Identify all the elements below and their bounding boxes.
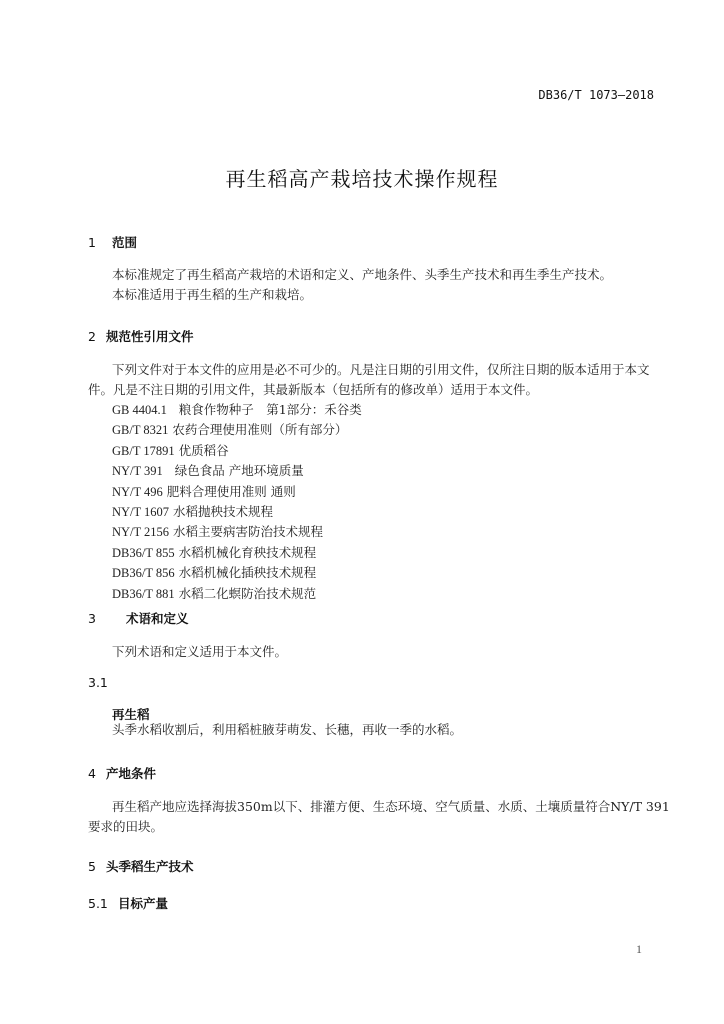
reference-title: 肥料合理使用准则 通则 [167, 484, 296, 499]
section-2-intro: 下列文件对于本文件的应用是必不可少的。凡是注日期的引用文件，仅所注日期的版本适用… [88, 360, 660, 399]
reference-item: NY/T 1607 水稻抛秧技术规程 [112, 502, 362, 522]
paragraph: 下列术语和定义适用于本文件。 [88, 642, 660, 662]
reference-item: NY/T 496 肥料合理使用准则 通则 [112, 482, 362, 502]
reference-title: 粮食作物种子 第1部分：禾谷类 [179, 402, 362, 417]
reference-item: DB36/T 855 水稻机械化育秧技术规程 [112, 543, 362, 563]
document-page: DB36/T 1073—2018 再生稻高产栽培技术操作规程 1范围 本标准规定… [0, 0, 724, 1024]
reference-item: NY/T 391 绿色食品 产地环境质量 [112, 461, 362, 481]
section-1-body: 本标准规定了再生稻高产栽培的术语和定义、产地条件、头季生产技术和再生季生产技术。… [88, 265, 660, 304]
section-title: 头季稻生产技术 [106, 859, 194, 874]
section-4-body: 再生稻产地应选择海拔350m以下、排灌方便、生态环境、空气质量、水质、土壤质量符… [88, 797, 660, 836]
reference-code: NY/T 2156 [112, 525, 169, 539]
section-2-heading: 2规范性引用文件 [88, 327, 194, 345]
paragraph-line: 要求的田块。 [88, 817, 660, 837]
reference-item: DB36/T 881 水稻二化螟防治技术规范 [112, 584, 362, 604]
section-5-heading: 5头季稻生产技术 [88, 857, 194, 875]
reference-code: NY/T 1607 [112, 505, 169, 519]
reference-title: 水稻主要病害防治技术规程 [173, 524, 323, 539]
reference-list: GB 4404.1 粮食作物种子 第1部分：禾谷类 GB/T 8321 农药合理… [112, 400, 362, 604]
term-definition: 头季水稻收割后，利用稻桩腋芽萌发、长穗，再收一季的水稻。 [88, 720, 660, 740]
paragraph-line: 再生稻产地应选择海拔350m以下、排灌方便、生态环境、空气质量、水质、土壤质量符… [88, 797, 660, 817]
reference-item: DB36/T 856 水稻机械化插秧技术规程 [112, 563, 362, 583]
standard-code: DB36/T 1073—2018 [538, 88, 654, 102]
section-title: 术语和定义 [126, 611, 189, 626]
section-number: 1 [88, 235, 112, 250]
reference-code: DB36/T 881 [112, 587, 175, 601]
section-number: 2 [88, 329, 106, 344]
reference-code: DB36/T 856 [112, 566, 175, 580]
reference-code: GB/T 17891 [112, 444, 175, 458]
reference-title: 水稻机械化育秧技术规程 [179, 545, 317, 560]
section-title: 规范性引用文件 [106, 329, 194, 344]
section-title: 产地条件 [106, 766, 156, 781]
reference-title: 优质稻谷 [179, 443, 229, 458]
term-number: 3.1 [88, 675, 108, 690]
subsection-number: 5.1 [88, 896, 118, 911]
reference-code: NY/T 496 [112, 485, 163, 499]
paragraph-line: 件。凡是不注日期的引用文件，其最新版本（包括所有的修改单）适用于本文件。 [88, 380, 660, 400]
reference-code: GB 4404.1 [112, 403, 167, 417]
section-title: 范围 [112, 235, 137, 250]
reference-title: 水稻抛秧技术规程 [173, 504, 273, 519]
reference-title: 农药合理使用准则（所有部分） [172, 422, 347, 437]
section-number: 4 [88, 766, 106, 781]
subsection-title: 目标产量 [118, 896, 168, 911]
page-number: 1 [636, 942, 642, 957]
section-1-heading: 1范围 [88, 233, 137, 251]
reference-code: GB/T 8321 [112, 423, 168, 437]
definition-text: 头季水稻收割后，利用稻桩腋芽萌发、长穗，再收一季的水稻。 [88, 720, 660, 740]
section-3-body: 下列术语和定义适用于本文件。 [88, 642, 660, 662]
paragraph: 本标准适用于再生稻的生产和栽培。 [88, 285, 660, 305]
section-number: 3 [88, 611, 126, 626]
reference-item: GB/T 8321 农药合理使用准则（所有部分） [112, 420, 362, 440]
section-4-heading: 4产地条件 [88, 764, 156, 782]
paragraph-line: 下列文件对于本文件的应用是必不可少的。凡是注日期的引用文件，仅所注日期的版本适用… [88, 360, 660, 380]
document-title: 再生稻高产栽培技术操作规程 [0, 163, 724, 192]
section-number: 5 [88, 859, 106, 874]
section-3-heading: 3术语和定义 [88, 609, 189, 627]
subsection-5-1-heading: 5.1目标产量 [88, 894, 168, 912]
reference-code: NY/T 391 [112, 464, 163, 478]
reference-item: GB 4404.1 粮食作物种子 第1部分：禾谷类 [112, 400, 362, 420]
reference-title: 绿色食品 产地环境质量 [175, 463, 304, 478]
reference-title: 水稻二化螟防治技术规范 [179, 586, 317, 601]
paragraph: 本标准规定了再生稻高产栽培的术语和定义、产地条件、头季生产技术和再生季生产技术。 [88, 265, 660, 285]
reference-code: DB36/T 855 [112, 546, 175, 560]
reference-item: NY/T 2156 水稻主要病害防治技术规程 [112, 522, 362, 542]
reference-title: 水稻机械化插秧技术规程 [179, 565, 317, 580]
reference-item: GB/T 17891 优质稻谷 [112, 441, 362, 461]
